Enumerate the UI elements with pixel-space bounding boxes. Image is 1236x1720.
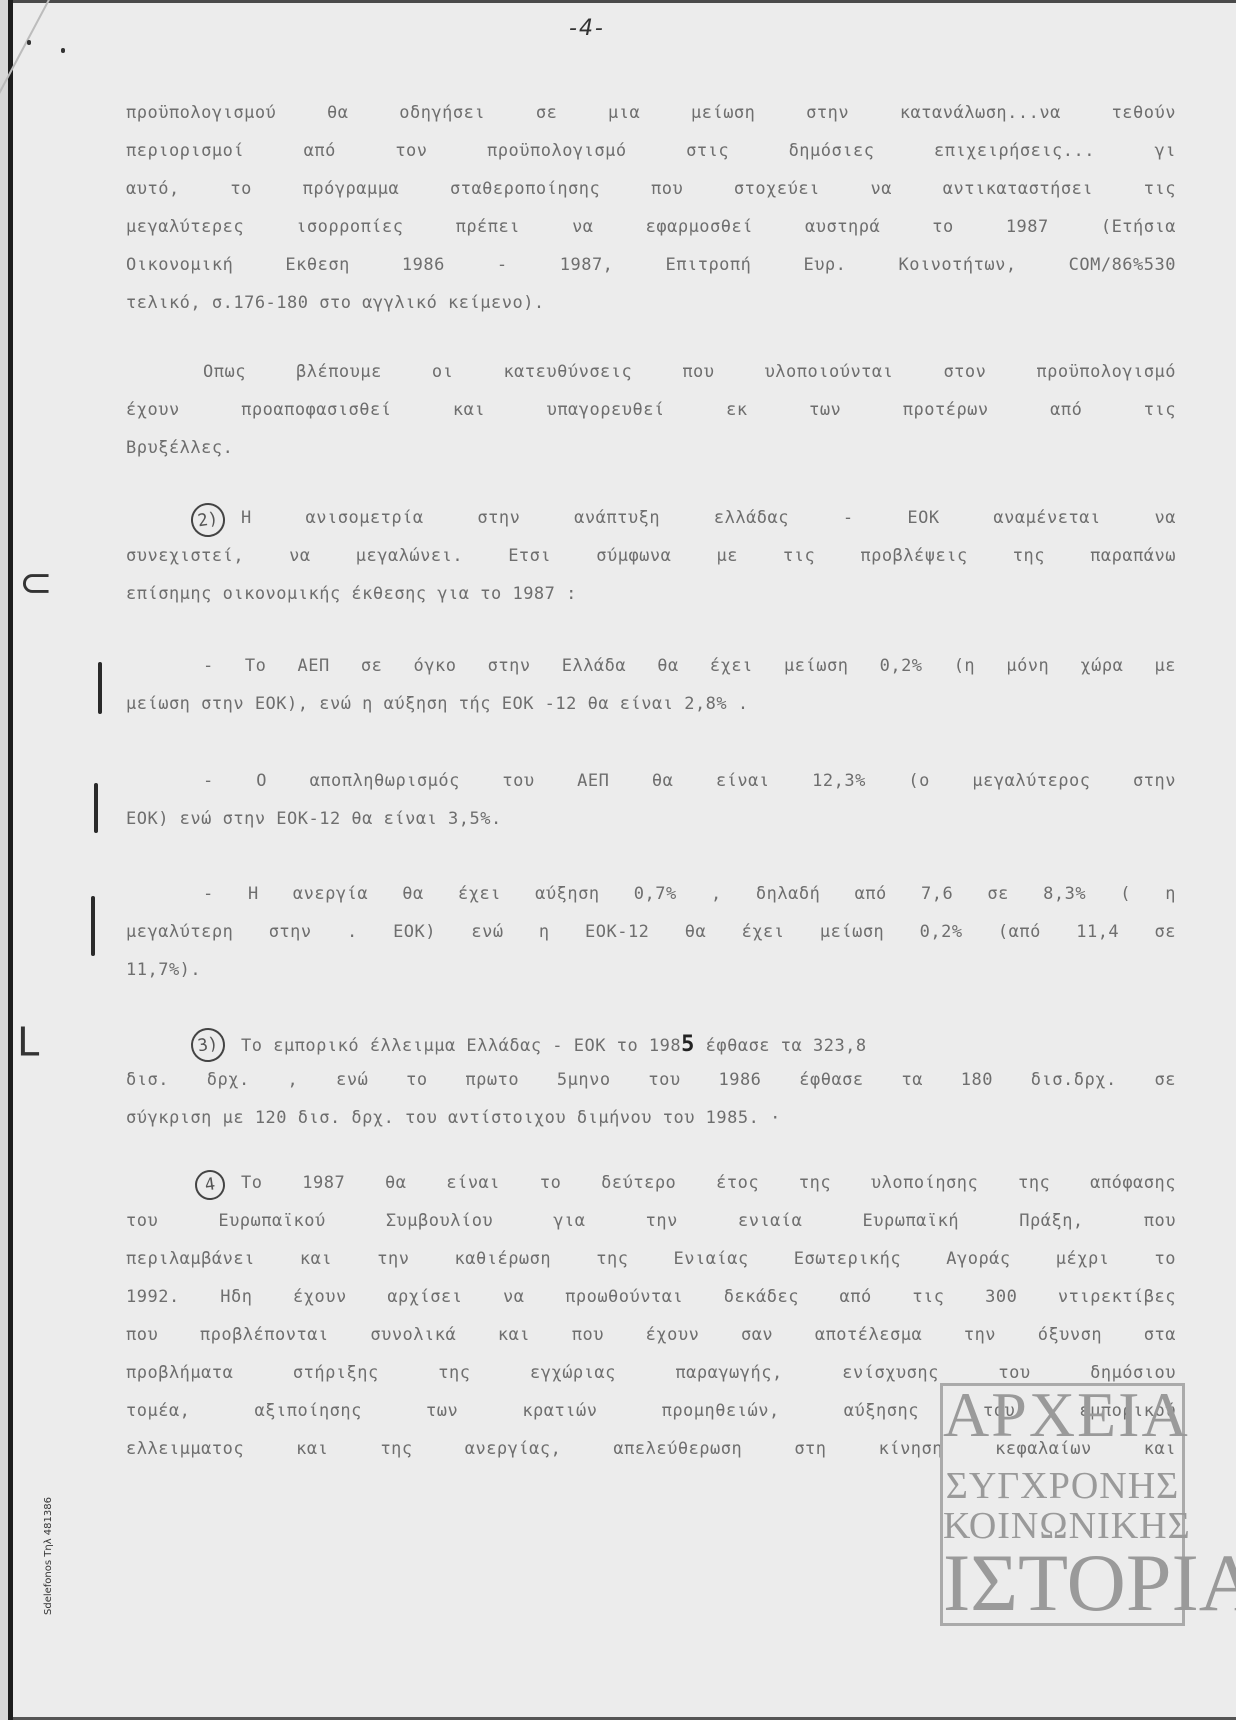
text-line: - Ο αποπληθωρισμός του ΑΕΠ θα είναι 12,3…: [203, 771, 1176, 797]
paper-manufacturer-stamp: Sdelefonos Tηλ 481386: [43, 1497, 54, 1615]
text-line: σύγκριση με 120 δισ. δρχ. του αντίστοιχο…: [126, 1108, 1176, 1134]
margin-bracket-mark: ᒪ: [17, 1020, 39, 1066]
text-line: συνεχιστεί, να μεγαλώνει. Ετσι σύμφωνα μ…: [126, 546, 1176, 572]
stamp-line: ΣΥΓΧΡΟΝΗΣ: [943, 1464, 1182, 1508]
text-line: προϋπολογισμού θα οδηγήσει σε μια μείωση…: [126, 103, 1176, 129]
circled-number: 4: [193, 1168, 227, 1202]
text-line: αυτό, το πρόγραμμα σταθεροποίησης που στ…: [126, 179, 1176, 205]
text-segment: έφθασε τα 323,8: [695, 1036, 867, 1056]
text-line: Οικονομική Εκθεση 1986 - 1987, Επιτροπή …: [126, 255, 1176, 281]
text-line: έχουν προαποφασισθεί και υπαγορευθεί εκ …: [126, 400, 1176, 426]
text-line: Οπως βλέπουμε οι κατευθύνσεις που υλοποι…: [203, 362, 1176, 388]
text-line: μείωση στην ΕΟΚ), ενώ η αύξηση τής ΕΟΚ -…: [126, 694, 1176, 720]
text-line: 11,7%).: [126, 960, 1176, 986]
stamp-line: ΙΣΤΟΡΙΑΣ: [943, 1536, 1182, 1630]
ink-speck: [61, 48, 65, 53]
margin-bracket-mark: ⊂: [19, 560, 53, 606]
text-line: περιορισμοί από τον προϋπολογισμό στις δ…: [126, 141, 1176, 167]
text-line: - Το ΑΕΠ σε όγκο στην Ελλάδα θα έχει μεί…: [203, 656, 1176, 682]
scan-artifact-line: [0, 0, 55, 106]
margin-line-mark: [94, 783, 98, 833]
text-line: Το 1987 θα είναι το δεύτερο έτος της υλο…: [241, 1173, 1176, 1199]
text-line: μεγαλύτερη στην . ΕΟΚ) ενώ η ΕΟΚ-12 θα έ…: [126, 922, 1176, 948]
stamp-line: ΑΡΧΕΙΑ: [943, 1378, 1182, 1452]
text-line: που προβλέπονται συνολικά και που έχουν …: [126, 1325, 1176, 1351]
text-line: Η ανισομετρία στην ανάπτυξη ελλάδας - ΕΟ…: [241, 508, 1176, 534]
text-line: Το εμπορικό έλλειμμα Ελλάδας - ΕΟΚ το 19…: [241, 1032, 1176, 1058]
text-line: μεγαλύτερες ισορροπίες πρέπει να εφαρμοσ…: [126, 217, 1176, 243]
handwritten-correction: 5: [681, 1032, 695, 1057]
ink-speck: [27, 40, 31, 45]
page-number: -4-: [569, 16, 605, 41]
text-segment: Το εμπορικό έλλειμμα Ελλάδας - ΕΟΚ το 19…: [241, 1036, 681, 1056]
text-line: ΕΟΚ) ενώ στην ΕΟΚ-12 θα είναι 3,5%.: [126, 809, 1176, 835]
text-line: Βρυξέλλες.: [126, 438, 1176, 464]
margin-line-mark: [98, 662, 102, 714]
text-line: τελικό, σ.176-180 στο αγγλικό κείμενο).: [126, 293, 1176, 319]
text-line: δισ. δρχ. , ενώ το πρωτο 5μηνο του 1986 …: [126, 1070, 1176, 1096]
text-line: 1992. Ηδη έχουν αρχίσει να προωθούνται δ…: [126, 1287, 1176, 1313]
archive-stamp: ΑΡΧΕΙΑ ΣΥΓΧΡΟΝΗΣ ΚΟΙΝΩΝΙΚΗΣ ΙΣΤΟΡΙΑΣ: [940, 1383, 1185, 1626]
text-line: περιλαμβάνει και την καθιέρωση της Ενιαί…: [126, 1249, 1176, 1275]
margin-line-mark: [91, 896, 95, 956]
text-line: του Ευρωπαϊκού Συμβουλίου για την ενιαία…: [126, 1211, 1176, 1237]
circled-number: 2): [189, 501, 227, 539]
text-line: - Η ανεργία θα έχει αύξηση 0,7% , δηλαδή…: [203, 884, 1176, 910]
text-line: επίσημης οικονομικής έκθεσης για το 1987…: [126, 584, 1176, 610]
document-page: -4- προϋπολογισμού θα οδηγήσει σε μια με…: [8, 0, 1236, 1720]
circled-number: 3): [189, 1026, 227, 1064]
